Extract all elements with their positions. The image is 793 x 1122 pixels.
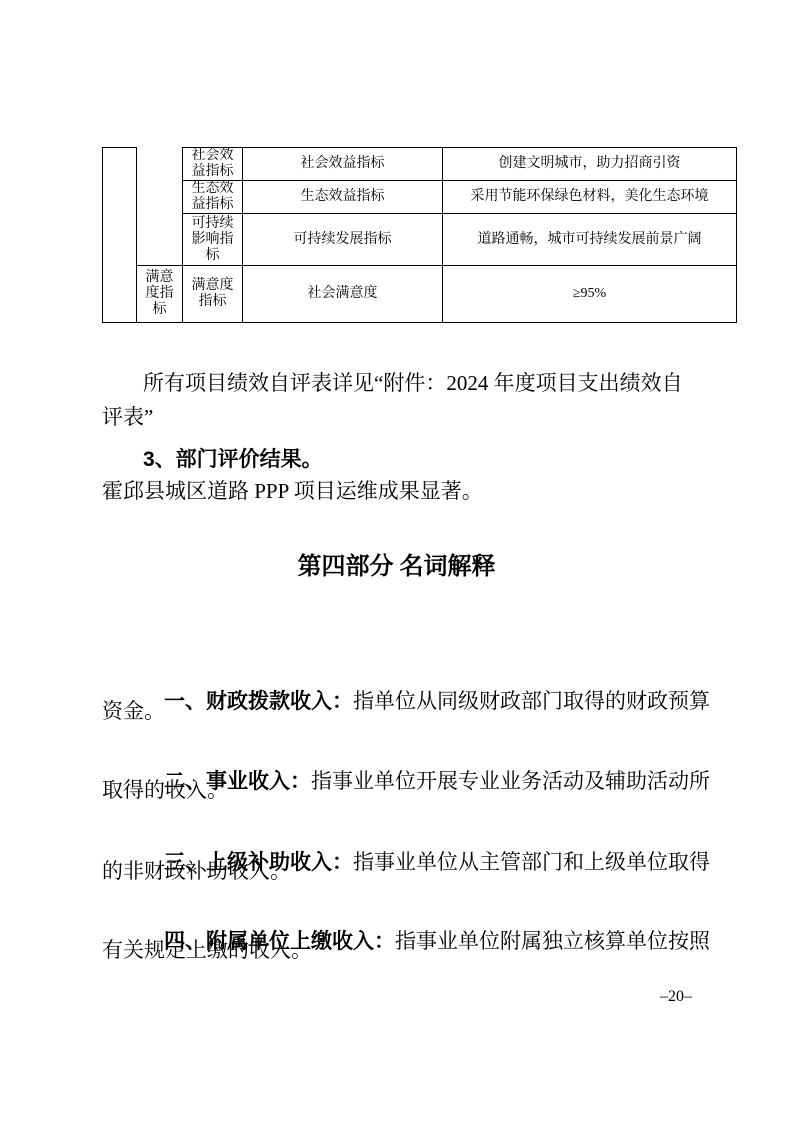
table-cell-sub-indicator: 社会效益指标	[182, 147, 242, 180]
term-continuation: 有关规定上缴的收入。	[102, 935, 312, 965]
self-eval-note-line1: 所有项目绩效自评表详见“附件：2024 年度项目支出绩效自	[143, 368, 683, 398]
table-cell-indicator-value: 道路通畅，城市可持续发展前景广阔	[442, 213, 737, 265]
page-number: –20–	[660, 987, 692, 1007]
table-cell-indicator-name: 生态效益指标	[242, 180, 442, 213]
table-cell-indicator-value: ≥95%	[442, 265, 737, 323]
term-rest: 指事业单位从主管部门和上级单位取得	[353, 850, 710, 874]
performance-indicator-table: 社会效益指标 社会效益指标 创建文明城市，助力招商引资 生态效益指标 生态效益指…	[102, 147, 737, 323]
table-cell-indicator-value: 创建文明城市，助力招商引资	[442, 147, 737, 180]
term-continuation: 的非财政补助收入。	[102, 856, 291, 886]
term-rest: 指事业单位附属独立核算单位按照	[395, 929, 710, 953]
term-continuation: 取得的收入。	[102, 775, 228, 805]
table-cell-indicator-name: 社会效益指标	[242, 147, 442, 180]
dept-eval-title: 3、部门评价结果。	[143, 445, 323, 475]
term-rest: 指事业单位开展专业业务活动及辅助活动所	[311, 769, 710, 793]
table-cell-indicator-name: 社会满意度	[242, 265, 442, 323]
term-line: 二、事业收入：指事业单位开展专业业务活动及辅助活动所	[143, 736, 710, 827]
self-eval-note-line2: 评表”	[102, 402, 153, 432]
dept-eval-body: 霍邱县城区道路 PPP 项目运维成果显著。	[102, 476, 483, 506]
term-line: 一、财政拨款收入：指单位从同级财政部门取得的财政预算	[143, 656, 710, 747]
table-cell-sub-indicator: 满意度指标	[182, 265, 242, 323]
term-lead: 一、财政拨款收入：	[164, 690, 353, 713]
table-cell-indicator-value: 采用节能环保绿色材料，美化生态环境	[442, 180, 737, 213]
document-page: 社会效益指标 社会效益指标 创建文明城市，助力招商引资 生态效益指标 生态效益指…	[0, 0, 793, 1122]
table-cell-sub-indicator: 可持续影响指标	[182, 213, 242, 265]
table-cell-continued-group-column	[136, 147, 182, 265]
table-cell-sub-indicator: 生态效益指标	[182, 180, 242, 213]
table-cell-group-label: 满意度指标	[136, 265, 182, 323]
term-rest: 指单位从同级财政部门取得的财政预算	[353, 689, 710, 713]
table-cell-indicator-name: 可持续发展指标	[242, 213, 442, 265]
term-continuation: 资金。	[102, 696, 165, 726]
table-cell-continued-left-column	[102, 147, 136, 323]
section-heading: 第四部分 名词解释	[0, 549, 793, 585]
